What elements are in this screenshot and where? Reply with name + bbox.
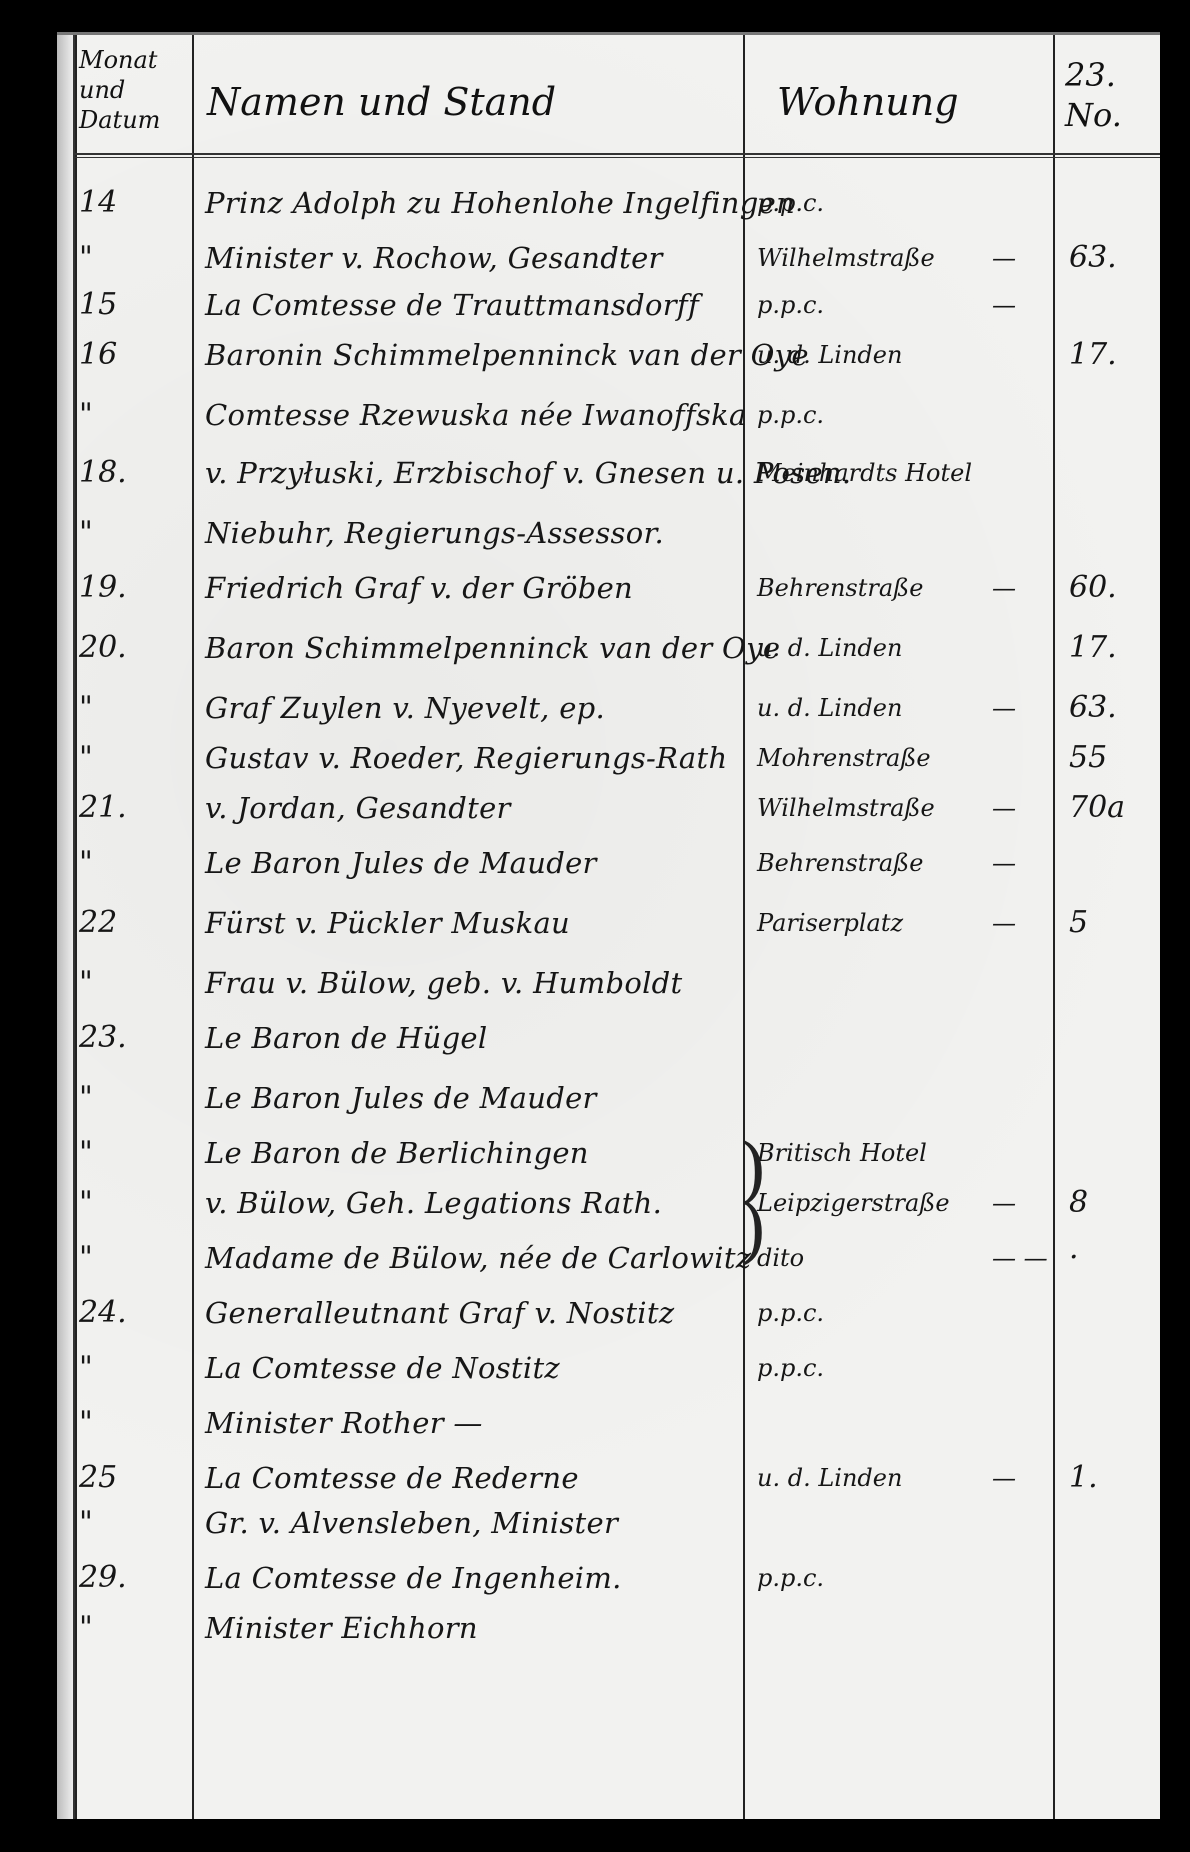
table-row: "Gustav v. Roeder, Regierungs-RathMohren… — [57, 732, 1160, 784]
table-row: 14Prinz Adolph zu Hohenlohe Ingelfingenp… — [57, 177, 1160, 229]
entry-date: " — [79, 957, 179, 1009]
entry-name: Le Baron de Berlichingen — [205, 1127, 589, 1179]
entry-date: " — [79, 1127, 179, 1179]
table-row: "Graf Zuylen v. Nyevelt, ep.u. d. Linden… — [57, 682, 1160, 734]
table-row: 19.Friedrich Graf v. der GröbenBehrenstr… — [57, 562, 1160, 614]
entry-dash: — — [992, 279, 1016, 331]
entry-dash: — — [992, 897, 1016, 949]
entry-address: Meinhardts Hotel — [757, 447, 972, 499]
table-row: "Niebuhr, Regierungs-Assessor. — [57, 507, 1160, 559]
entry-number: 8 — [1069, 1177, 1088, 1229]
table-row: "Madame de Bülow, née de Carlowitzdito— … — [57, 1232, 1160, 1284]
entry-name: La Comtesse de Ingenheim. — [205, 1552, 622, 1604]
table-row: 15La Comtesse de Trauttmansdorffp.p.c.— — [57, 279, 1160, 331]
entry-number: 63. — [1069, 232, 1117, 284]
header-address: Wohnung — [777, 83, 959, 121]
entry-name: Frau v. Bülow, geb. v. Humboldt — [205, 957, 682, 1009]
entry-name: Comtesse Rzewuska née Iwanoffska — [205, 389, 747, 441]
table-row: "Le Baron Jules de Mauder — [57, 1072, 1160, 1124]
entry-number: 63. — [1069, 682, 1117, 734]
entry-name: Gr. v. Alvensleben, Minister — [205, 1497, 618, 1549]
entry-date: " — [79, 682, 179, 734]
table-row: 24.Generalleutnant Graf v. Nostitzp.p.c. — [57, 1287, 1160, 1339]
page-marker: 23. — [1065, 55, 1122, 95]
entry-date: " — [79, 1232, 179, 1284]
entry-date: 20. — [79, 622, 179, 674]
entry-address: Wilhelmstraße — [757, 232, 935, 284]
entry-name: La Comtesse de Trauttmansdorff — [205, 279, 699, 331]
entry-address: u. d. Linden — [757, 622, 902, 674]
entry-address: Pariserplatz — [757, 897, 903, 949]
entry-date: 18. — [79, 447, 179, 499]
entry-name: v. Jordan, Gesandter — [205, 782, 511, 834]
brace-mark: ) — [740, 1195, 767, 1265]
entry-dash: — — [992, 232, 1016, 284]
entry-address: Wilhelmstraße — [757, 782, 935, 834]
entry-name: Graf Zuylen v. Nyevelt, ep. — [205, 682, 605, 734]
entry-address: u. d. Linden — [757, 682, 902, 734]
entry-dash: — — [992, 1177, 1016, 1229]
header-name: Namen und Stand — [207, 83, 556, 121]
entry-number: 17. — [1069, 622, 1117, 674]
header-number: 23. No. — [1065, 55, 1122, 135]
entry-date: 15 — [79, 279, 179, 331]
entry-date: 24. — [79, 1287, 179, 1339]
entry-address: Leipzigerstraße — [757, 1177, 950, 1229]
table-row: "v. Bülow, Geh. Legations Rath.Leipziger… — [57, 1177, 1160, 1229]
table-row: 18.v. Przyłuski, Erzbischof v. Gnesen u.… — [57, 447, 1160, 499]
table-row: "Le Baron Jules de MauderBehrenstraße— — [57, 837, 1160, 889]
header-rule-double — [75, 157, 1160, 158]
table-row: "Minister Eichhorn — [57, 1602, 1160, 1654]
entry-number: 60. — [1069, 562, 1117, 614]
entry-date: " — [79, 389, 179, 441]
table-row: "Gr. v. Alvensleben, Minister — [57, 1497, 1160, 1549]
entry-number: 5 — [1069, 897, 1088, 949]
entry-date: " — [79, 1072, 179, 1124]
entry-address: p.p.c. — [757, 1552, 824, 1604]
entry-address: p.p.c. — [757, 177, 824, 229]
entry-address: Behrenstraße — [757, 562, 923, 614]
header-number-label: No. — [1065, 95, 1122, 135]
entry-name: Fürst v. Pückler Muskau — [205, 897, 570, 949]
entry-dash: — — [992, 682, 1016, 734]
table-row: 29.La Comtesse de Ingenheim.p.p.c. — [57, 1552, 1160, 1604]
entry-address: u. d. Linden — [757, 329, 902, 381]
entry-name: Gustav v. Roeder, Regierungs-Rath — [205, 732, 727, 784]
entry-name: Friedrich Graf v. der Gröben — [205, 562, 633, 614]
entry-dash: — — [992, 782, 1016, 834]
entry-name: Le Baron de Hügel — [205, 1012, 487, 1064]
table-row: "La Comtesse de Nostitzp.p.c. — [57, 1342, 1160, 1394]
entry-date: " — [79, 1177, 179, 1229]
table-row: "Frau v. Bülow, geb. v. Humboldt — [57, 957, 1160, 1009]
entry-address: Britisch Hotel — [757, 1127, 927, 1179]
table-row: "Le Baron de BerlichingenBritisch Hotel — [57, 1127, 1160, 1179]
entry-name: Prinz Adolph zu Hohenlohe Ingelfingen — [205, 177, 795, 229]
entry-address: p.p.c. — [757, 389, 824, 441]
table-row: 22Fürst v. Pückler MuskauPariserplatz—5 — [57, 897, 1160, 949]
entry-date: " — [79, 1497, 179, 1549]
table-row: "Minister v. Rochow, GesandterWilhelmstr… — [57, 232, 1160, 284]
entry-dash: — — [992, 837, 1016, 889]
entry-name: La Comtesse de Nostitz — [205, 1342, 560, 1394]
entry-name: v. Przyłuski, Erzbischof v. Gnesen u. Po… — [205, 447, 851, 499]
entry-number: 70a — [1069, 782, 1125, 834]
entry-date: 29. — [79, 1552, 179, 1604]
table-row: 21.v. Jordan, GesandterWilhelmstraße—70a — [57, 782, 1160, 834]
table-row: 16Baronin Schimmelpenninck van der Oyeu.… — [57, 329, 1160, 381]
entry-name: Generalleutnant Graf v. Nostitz — [205, 1287, 674, 1339]
entry-date: 14 — [79, 177, 179, 229]
entry-name: Niebuhr, Regierungs-Assessor. — [205, 507, 664, 559]
entry-number: 55 — [1069, 732, 1107, 784]
header-date: Monat und Datum — [79, 45, 194, 135]
entry-address: Behrenstraße — [757, 837, 923, 889]
entry-name: Le Baron Jules de Mauder — [205, 1072, 597, 1124]
entry-name: Minister Rother — — [205, 1397, 483, 1449]
entry-name: Le Baron Jules de Mauder — [205, 837, 597, 889]
entry-name: Madame de Bülow, née de Carlowitz — [205, 1232, 751, 1284]
entry-date: " — [79, 1397, 179, 1449]
table-row: "Minister Rother — — [57, 1397, 1160, 1449]
entry-number: 17. — [1069, 329, 1117, 381]
entry-name: Minister v. Rochow, Gesandter — [205, 232, 663, 284]
entry-address: p.p.c. — [757, 1287, 824, 1339]
table-row: 23.Le Baron de Hügel — [57, 1012, 1160, 1064]
entry-date: 22 — [79, 897, 179, 949]
entry-date: " — [79, 1342, 179, 1394]
entry-address: Mohrenstraße — [757, 732, 931, 784]
entry-name: Baronin Schimmelpenninck van der Oye — [205, 329, 809, 381]
entry-name: Baron Schimmelpenninck van der Oye — [205, 622, 780, 674]
entry-name: Minister Eichhorn — [205, 1602, 478, 1654]
entry-date: " — [79, 732, 179, 784]
entry-dash: — — — [992, 1232, 1048, 1284]
entry-number: · — [1069, 1232, 1079, 1284]
entry-date: 23. — [79, 1012, 179, 1064]
entry-name: v. Bülow, Geh. Legations Rath. — [205, 1177, 662, 1229]
entry-date: " — [79, 507, 179, 559]
entry-address: p.p.c. — [757, 1342, 824, 1394]
entry-date: 16 — [79, 329, 179, 381]
entry-dash: — — [992, 562, 1016, 614]
entry-date: 19. — [79, 562, 179, 614]
entry-date: " — [79, 232, 179, 284]
table-row: 20.Baron Schimmelpenninck van der Oyeu. … — [57, 622, 1160, 674]
table-row: "Comtesse Rzewuska née Iwanoffskap.p.c. — [57, 389, 1160, 441]
header-rule — [75, 153, 1160, 155]
entry-address: p.p.c. — [757, 279, 824, 331]
entry-date: " — [79, 1602, 179, 1654]
register-page: Monat und Datum Namen und Stand Wohnung … — [57, 32, 1160, 1819]
entry-date: " — [79, 837, 179, 889]
entry-date: 21. — [79, 782, 179, 834]
